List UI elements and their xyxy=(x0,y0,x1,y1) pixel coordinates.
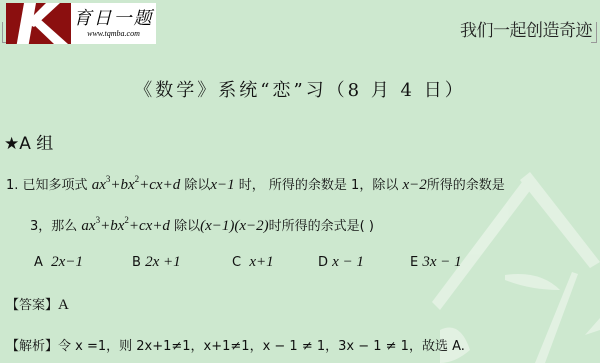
analysis-label: 【解析】 xyxy=(6,339,58,354)
logo-text: 育日一题 xyxy=(74,9,154,29)
option-a[interactable]: A 2x−1 xyxy=(34,254,83,271)
question-number: 1. xyxy=(6,178,18,193)
option-b[interactable]: B 2x +1 xyxy=(132,254,181,271)
question-line-1: 1. 已知多项式 ax3+bx2+cx+d 除以x−1 时， 所得的余数是 1，… xyxy=(6,174,505,194)
answer-value: A xyxy=(58,297,69,313)
option-e[interactable]: E 3x − 1 xyxy=(410,254,462,271)
answer-label: 【答案】 xyxy=(6,298,58,313)
analysis-text: 令 x =1，则 2x+1≠1，x+1≠1，x − 1 ≠ 1，3x − 1 ≠… xyxy=(58,339,465,354)
analysis-line: 【解析】令 x =1，则 2x+1≠1，x+1≠1，x − 1 ≠ 1，3x −… xyxy=(6,335,465,354)
logo: 育日一题 www.tqmba.com xyxy=(6,3,156,44)
option-c[interactable]: C x+1 xyxy=(232,254,274,271)
page-title: 《数学》系统“恋”习（8 月 4 日） xyxy=(0,76,600,102)
option-d[interactable]: D x − 1 xyxy=(318,254,364,271)
section-heading: ★A 组 xyxy=(4,129,53,154)
polynomial: ax3+bx2+cx+d xyxy=(81,218,170,234)
logo-url: www.tqmba.com xyxy=(87,29,140,38)
polynomial: ax3+bx2+cx+d xyxy=(92,177,181,193)
logo-mark-icon xyxy=(6,3,71,44)
question-line-2: 3，那么 ax3+bx2+cx+d 除以(x−1)(x−2)时所得的余式是( ) xyxy=(30,215,374,235)
slogan: 我们一起创造奇迹 xyxy=(460,16,592,41)
answer-line: 【答案】A xyxy=(6,294,69,314)
